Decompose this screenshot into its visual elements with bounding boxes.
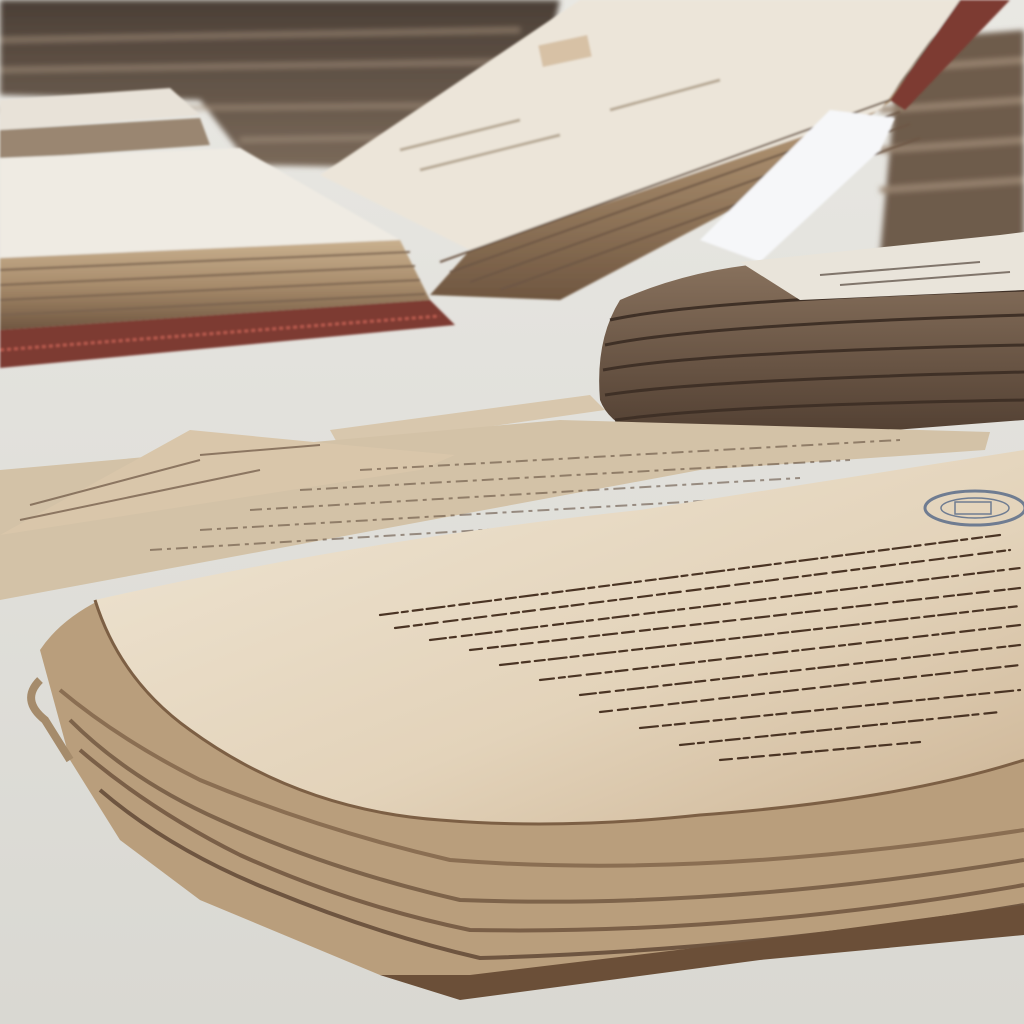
manuscripts-photo: Stack of aged paper manuscripts with cur…: [0, 0, 1024, 1024]
manuscripts-illustration: [0, 0, 1024, 1024]
right-manuscript-bundle: [599, 232, 1024, 445]
